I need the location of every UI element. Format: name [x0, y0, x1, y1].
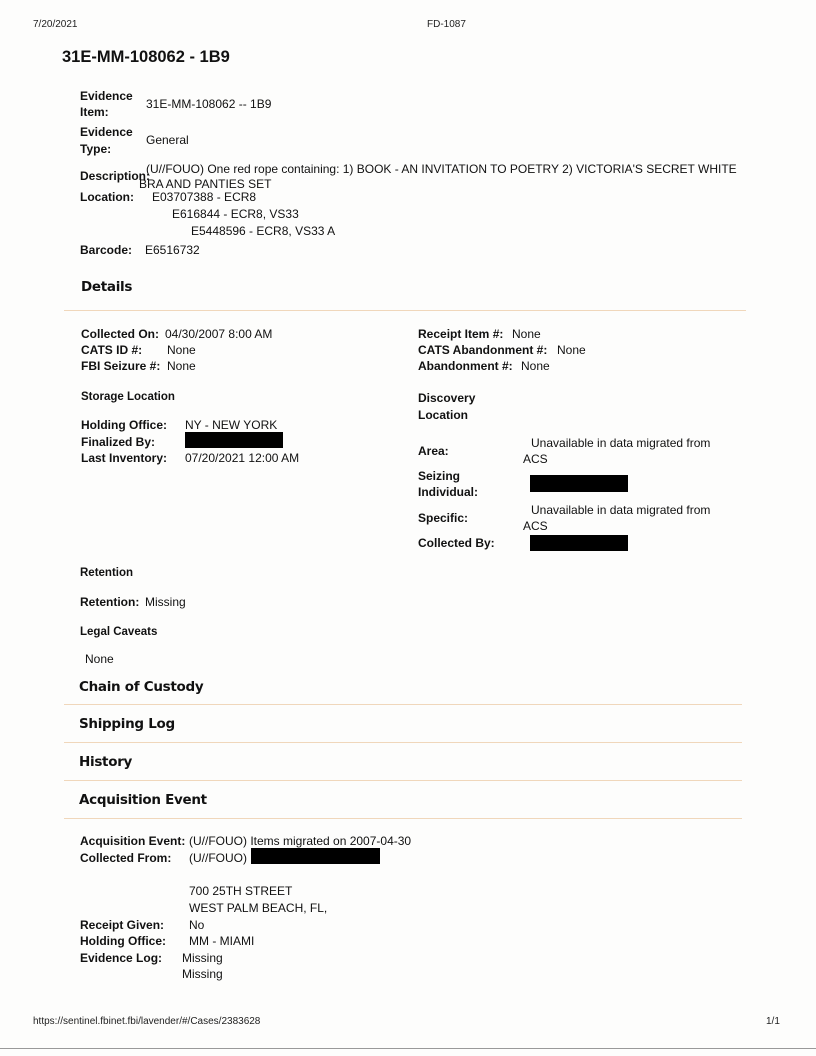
abandonment-value: None — [521, 359, 550, 373]
receipt-item-label: Receipt Item #: — [418, 327, 503, 341]
acquisition-event-label: Acquisition Event: — [80, 834, 185, 848]
print-date: 7/20/2021 — [33, 19, 78, 30]
evidence-item-label: Evidence — [80, 89, 133, 103]
address-line-1: 700 25TH STREET — [189, 884, 292, 898]
legal-caveats-heading: Legal Caveats — [80, 626, 157, 638]
storage-location-heading: Storage Location — [81, 391, 175, 403]
section-shipping-log[interactable]: Shipping Log — [79, 716, 175, 732]
seizing-individual-label: Seizing — [418, 469, 460, 483]
barcode-value: E6516732 — [145, 243, 200, 257]
cats-abandonment-value: None — [557, 343, 586, 357]
fbi-seizure-label: FBI Seizure #: — [81, 359, 160, 373]
discovery-location-heading: Discovery — [418, 391, 475, 405]
redaction-block — [251, 848, 380, 864]
form-id: FD-1087 — [427, 19, 466, 30]
section-acquisition-event[interactable]: Acquisition Event — [79, 792, 207, 808]
area-value: Unavailable in data migrated from — [531, 436, 710, 450]
legal-caveats-value: None — [85, 652, 114, 666]
last-inventory-value: 07/20/2021 12:00 AM — [185, 451, 299, 465]
footer-url: https://sentinel.fbinet.fbi/lavender/#/C… — [33, 1016, 260, 1027]
redaction-block — [530, 475, 628, 492]
collected-on-label: Collected On: — [81, 327, 159, 341]
acquisition-event-value: (U//FOUO) Items migrated on 2007-04-30 — [189, 834, 411, 848]
section-details-heading: Details — [81, 279, 132, 295]
evidence-log-value: Missing — [182, 951, 223, 965]
location-entry: E616844 - ECR8, VS33 — [172, 207, 299, 221]
evidence-item-value: 31E-MM-108062 -- 1B9 — [146, 97, 271, 111]
holding-office-value: NY - NEW YORK — [185, 418, 277, 432]
discovery-location-heading-2: Location — [418, 408, 468, 422]
retention-heading: Retention — [80, 567, 133, 579]
evidence-log-value: Missing — [182, 967, 223, 981]
collected-by-label: Collected By: — [418, 536, 495, 550]
section-chain-of-custody[interactable]: Chain of Custody — [79, 679, 203, 695]
cats-abandonment-label: CATS Abandonment #: — [418, 343, 547, 357]
specific-label: Specific: — [418, 511, 468, 525]
address-line-2: WEST PALM BEACH, FL, — [189, 901, 327, 915]
receipt-item-value: None — [512, 327, 541, 341]
section-divider — [64, 742, 742, 743]
receipt-given-label: Receipt Given: — [80, 918, 164, 932]
evidence-item-label-2: Item: — [80, 105, 109, 119]
redaction-block — [530, 535, 628, 551]
holding-office-label: Holding Office: — [81, 418, 167, 432]
footer-page-number: 1/1 — [766, 1016, 780, 1027]
abandonment-label: Abandonment #: — [418, 359, 513, 373]
section-divider — [64, 818, 742, 819]
page-bottom-rule — [0, 1048, 816, 1049]
retention-label: Retention: — [80, 595, 139, 609]
specific-value: Unavailable in data migrated from — [531, 503, 710, 517]
barcode-label: Barcode: — [80, 243, 132, 257]
cats-id-label: CATS ID #: — [81, 343, 142, 357]
location-entry: E5448596 - ECR8, VS33 A — [191, 224, 335, 238]
specific-value-2: ACS — [523, 519, 548, 533]
collected-on-value: 04/30/2007 8:00 AM — [165, 327, 272, 341]
evidence-type-label-2: Type: — [80, 142, 111, 156]
acq-holding-office-label: Holding Office: — [80, 934, 166, 948]
location-label: Location: — [80, 190, 134, 204]
section-divider — [64, 310, 746, 311]
section-history[interactable]: History — [79, 754, 132, 770]
evidence-type-label: Evidence — [80, 125, 133, 139]
section-divider — [64, 704, 742, 705]
receipt-given-value: No — [189, 918, 204, 932]
seizing-individual-label-2: Individual: — [418, 485, 478, 499]
description-line-2: BRA AND PANTIES SET — [139, 177, 271, 191]
redaction-block — [185, 432, 283, 448]
retention-value: Missing — [145, 595, 186, 609]
evidence-type-value: General — [146, 133, 189, 147]
finalized-by-label: Finalized By: — [81, 435, 155, 449]
last-inventory-label: Last Inventory: — [81, 451, 167, 465]
location-entry: E03707388 - ECR8 — [152, 190, 256, 204]
page-title: 31E-MM-108062 - 1B9 — [62, 48, 230, 67]
evidence-log-label: Evidence Log: — [80, 951, 162, 965]
section-divider — [64, 780, 742, 781]
area-label: Area: — [418, 444, 449, 458]
fbi-seizure-value: None — [167, 359, 196, 373]
acq-holding-office-value: MM - MIAMI — [189, 934, 254, 948]
area-value-2: ACS — [523, 452, 548, 466]
description-line-1: (U//FOUO) One red rope containing: 1) BO… — [146, 162, 737, 176]
cats-id-value: None — [167, 343, 196, 357]
collected-from-label: Collected From: — [80, 851, 171, 865]
collected-from-prefix: (U//FOUO) — [189, 851, 247, 865]
